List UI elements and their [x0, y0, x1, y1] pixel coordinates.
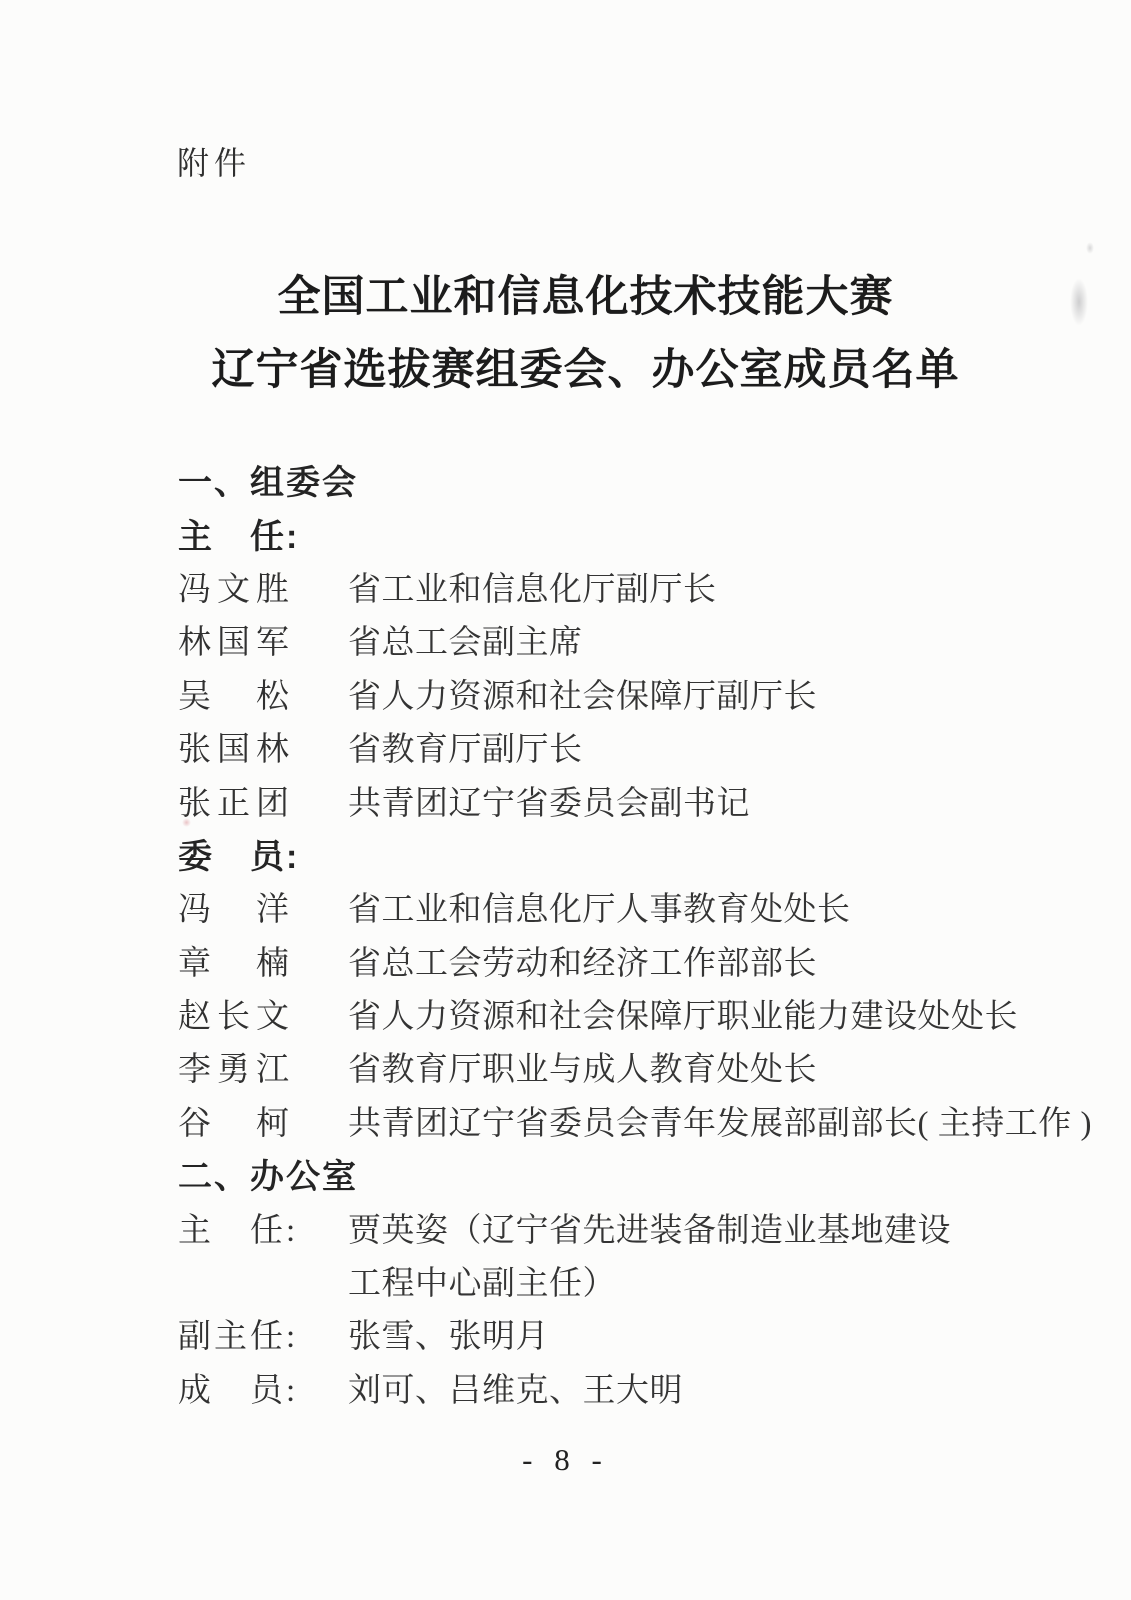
person-title: 省人力资源和社会保障厅职业能力建设处处长 [348, 990, 1018, 1037]
person-title: 共青团辽宁省委员会副书记 [348, 777, 750, 824]
person-name: 林国军 [178, 616, 348, 663]
committee-row: 张正团 共青团辽宁省委员会副书记 [178, 773, 1081, 826]
office-row: 副主任: 张雪、张明月 [178, 1307, 1081, 1360]
person-name: 张国林 [178, 723, 348, 770]
office-row: 主 任: 贾英姿（辽宁省先进装备制造业基地建设 [178, 1200, 1081, 1253]
person-title: 省总工会副主席 [348, 616, 583, 663]
office-row: 成 员: 刘可、吕维克、王大明 [178, 1361, 1081, 1414]
office-row-continuation: 工程中心副主任） [178, 1254, 1081, 1307]
person-title: 省人力资源和社会保障厅副厅长 [348, 670, 817, 717]
person-title: 省教育厅副厅长 [348, 723, 583, 770]
person-name: 谷 柯 [178, 1097, 348, 1144]
committee-row: 章 楠 省总工会劳动和经济工作部部长 [178, 934, 1081, 987]
role-label-member: 委 员: [178, 827, 1081, 880]
office-role-value: 贾英姿（辽宁省先进装备制造业基地建设 [348, 1204, 951, 1251]
document-title-line2: 辽宁省选拔赛组委会、办公室成员名单 [10, 336, 1131, 397]
office-role-label: 成 员: [178, 1364, 348, 1411]
person-title: 省工业和信息化厅副厅长 [348, 563, 717, 610]
committee-row: 冯文胜 省工业和信息化厅副厅长 [178, 560, 1081, 613]
attachment-label: 附件 [177, 138, 251, 184]
person-name: 赵长文 [178, 990, 348, 1037]
person-title: 省教育厅职业与成人教育处处长 [348, 1043, 817, 1090]
person-name: 李勇江 [178, 1043, 348, 1090]
office-role-value-continued: 工程中心副主任） [348, 1257, 616, 1304]
office-role-value: 刘可、吕维克、王大明 [348, 1364, 683, 1411]
committee-row: 张国林 省教育厅副厅长 [178, 720, 1081, 773]
office-role-value: 张雪、张明月 [348, 1310, 549, 1357]
committee-row: 吴 松 省人力资源和社会保障厅副厅长 [178, 667, 1081, 720]
committee-row: 赵长文 省人力资源和社会保障厅职业能力建设处处长 [178, 987, 1081, 1040]
document-title-line1: 全国工业和信息化技术技能大赛 [10, 263, 1131, 324]
committee-row: 林国军 省总工会副主席 [178, 613, 1081, 666]
person-name: 冯 洋 [178, 883, 348, 930]
person-title: 省工业和信息化厅人事教育处处长 [348, 883, 851, 930]
document-page: 附件 全国工业和信息化技术技能大赛 辽宁省选拔赛组委会、办公室成员名单 一、组委… [0, 0, 1131, 1600]
committee-row: 冯 洋 省工业和信息化厅人事教育处处长 [178, 880, 1081, 933]
office-role-label: 主 任: [178, 1204, 348, 1251]
section-heading-committee: 一、组委会 [178, 453, 1081, 506]
office-role-label: 副主任: [178, 1310, 348, 1357]
role-label-chair: 主 任: [178, 506, 1081, 559]
scan-artifact [1086, 242, 1094, 254]
person-name: 吴 松 [178, 670, 348, 717]
section-heading-office: 二、办公室 [178, 1147, 1081, 1200]
person-name: 冯文胜 [178, 563, 348, 610]
person-title: 省总工会劳动和经济工作部部长 [348, 937, 817, 984]
person-title: 共青团辽宁省委员会青年发展部副部长( 主持工作 ) [348, 1097, 1092, 1144]
committee-row: 李勇江 省教育厅职业与成人教育处处长 [178, 1040, 1081, 1093]
member-list: 一、组委会 主 任: 冯文胜 省工业和信息化厅副厅长 林国军 省总工会副主席 吴… [178, 453, 1081, 1414]
person-name: 张正团 [178, 777, 348, 824]
committee-row: 谷 柯 共青团辽宁省委员会青年发展部副部长( 主持工作 ) [178, 1094, 1081, 1147]
person-name: 章 楠 [178, 937, 348, 984]
page-number: - 8 - [0, 1442, 1131, 1478]
